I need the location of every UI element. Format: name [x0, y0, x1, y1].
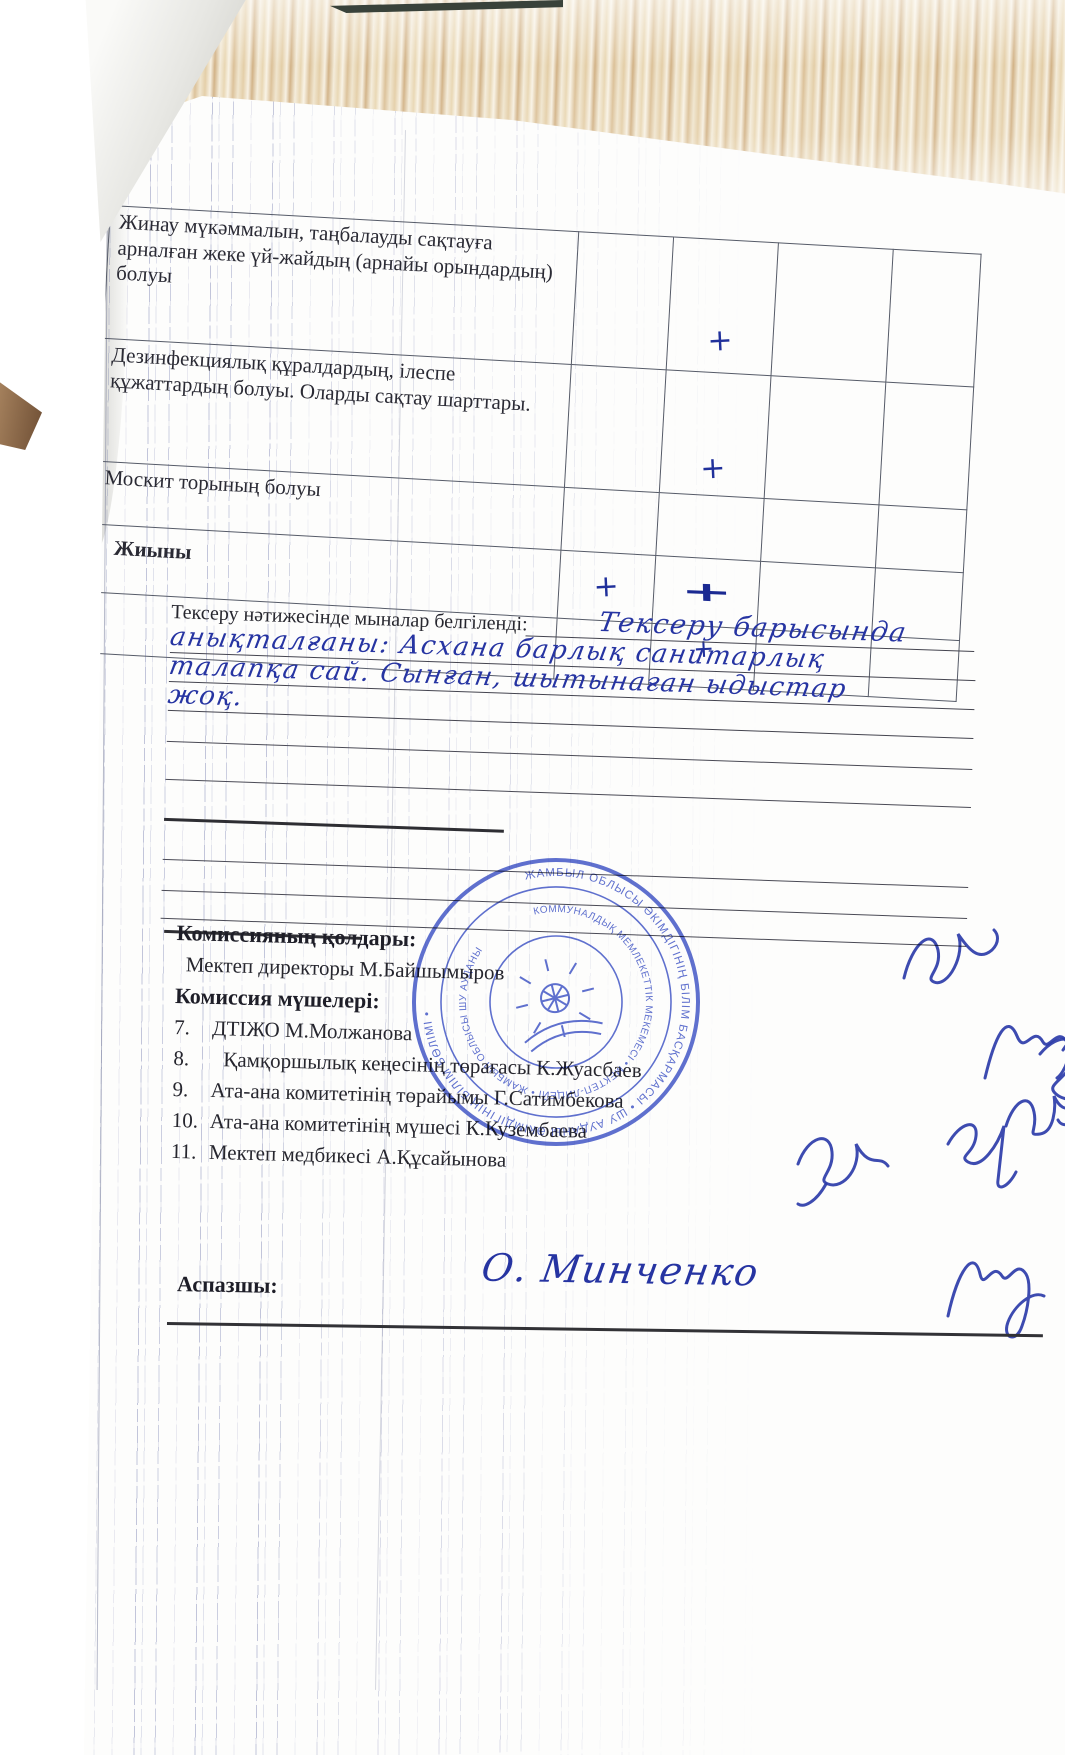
- member-number: 8.: [173, 1046, 212, 1078]
- cook-label: Аспазшы:: [177, 1271, 278, 1299]
- member-number: 11.: [170, 1139, 209, 1171]
- check-mark-cell: +: [666, 237, 778, 376]
- check-mark-cell: [771, 243, 893, 382]
- plus-mark: +: [707, 322, 734, 358]
- document-page: Жинау мүкәммалын, таңбалауды сақтауға ар…: [82, 0, 1065, 1755]
- check-mark-cell: +: [659, 370, 771, 499]
- stamp-emblem: [507, 950, 605, 1053]
- check-mark-cell: [879, 382, 974, 510]
- signature-member-8: [1040, 1039, 1065, 1124]
- photo-of-document: Жинау мүкәммалын, таңбалауды сақтауға ар…: [0, 0, 1065, 1755]
- signature-member-7: [985, 1026, 1065, 1088]
- brown-corner-wedge: [0, 378, 42, 450]
- cook-signature-line: [167, 1322, 1043, 1337]
- check-mark-cell: [886, 249, 981, 387]
- check-mark-cell: [761, 498, 879, 567]
- table-row-label: Жинау мүкәммалын, таңбалауды сақтауға ар…: [103, 206, 579, 365]
- check-mark-cell: [764, 376, 886, 505]
- check-mark-cell: [875, 505, 966, 573]
- member-number: 7.: [174, 1015, 213, 1047]
- check-mark-cell: [571, 232, 673, 370]
- check-mark-cell: [561, 487, 659, 555]
- member-number: 9.: [172, 1077, 211, 1109]
- signature-cook: [948, 1263, 1044, 1337]
- signature-member-10: [948, 1125, 1016, 1187]
- member-number: 10.: [171, 1108, 210, 1140]
- bold-plus-mark: +: [680, 576, 733, 609]
- check-mark-cell: [564, 365, 666, 493]
- plus-mark: +: [593, 569, 620, 605]
- plus-mark: +: [700, 450, 727, 486]
- cook-handwritten-name: О. Минченко: [479, 1246, 763, 1295]
- check-mark-cell: [656, 493, 764, 562]
- signature-member-9: [1006, 1096, 1065, 1134]
- handwritten-text: жоқ.: [166, 682, 246, 710]
